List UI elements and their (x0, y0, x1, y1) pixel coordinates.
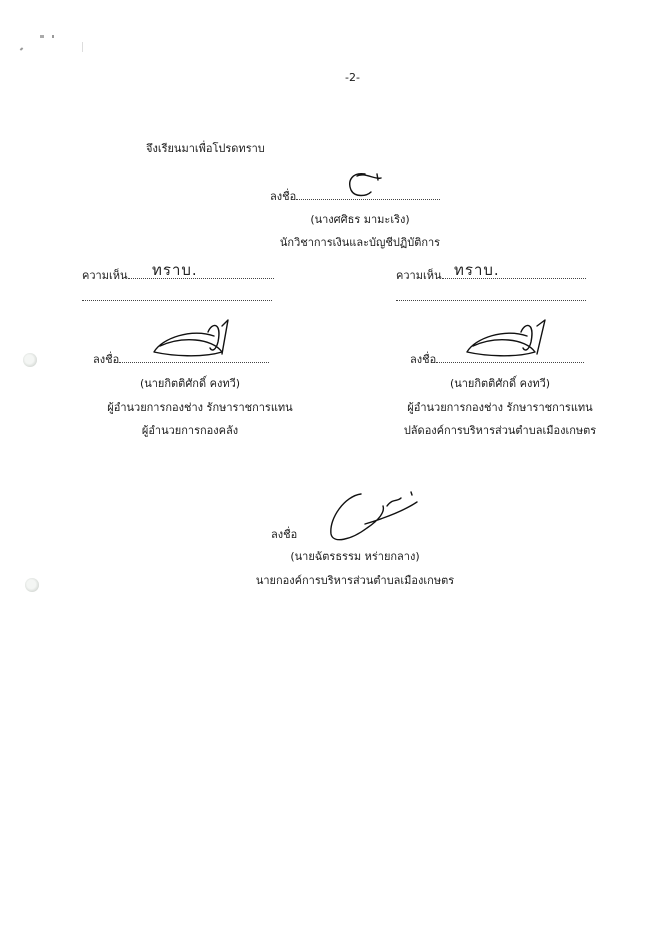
final-signatory-name: (นายฉัตรธรรม หร่ายกลาง) (255, 547, 455, 565)
right-signatory-position-2: ปลัดองค์การบริหารส่วนตำบลเมืองเกษตร (380, 421, 620, 439)
left-signatory-name: (นายกิตติศักดิ์ คงทวี) (100, 374, 280, 392)
closing-text: จึงเรียนมาเพื่อโปรดทราบ (146, 139, 265, 157)
right-opinion-line-2 (396, 290, 586, 304)
right-signature (465, 318, 555, 363)
sign-label: ลงชื่อ (271, 528, 297, 541)
punch-hole-lower (25, 578, 39, 592)
left-signature (152, 318, 242, 363)
final-signature (325, 488, 425, 548)
left-opinion-handwritten: ทราบ. (152, 258, 198, 282)
left-opinion-line-2 (82, 290, 272, 304)
opinion-field (128, 268, 274, 279)
final-signatory-position: นายกองค์การบริหารส่วนตำบลเมืองเกษตร (235, 571, 475, 589)
signature-1 (345, 170, 385, 200)
page-number: -2- (345, 71, 360, 84)
left-signatory-position-2: ผู้อำนวยการกองคลัง (100, 421, 280, 439)
right-signatory-position-1: ผู้อำนวยการกองช่าง รักษาราชการแทน (380, 398, 620, 416)
signatory-1-name: (นางศศิธร มามะเริง) (260, 210, 460, 228)
opinion-field-2 (82, 290, 272, 301)
scan-artifact (82, 42, 83, 52)
sign-label: ลงชื่อ (270, 190, 296, 203)
scan-artifact (20, 47, 24, 50)
opinion-label: ความเห็น (396, 269, 442, 282)
punch-hole-upper (23, 353, 37, 367)
opinion-label: ความเห็น (82, 269, 128, 282)
left-signatory-position-1: ผู้อำนวยการกองช่าง รักษาราชการแทน (80, 398, 320, 416)
final-signature-line: ลงชื่อ (271, 525, 297, 543)
scan-artifact (52, 35, 54, 38)
sign-label: ลงชื่อ (93, 353, 119, 366)
sign-label: ลงชื่อ (410, 353, 436, 366)
opinion-field-2 (396, 290, 586, 301)
scan-artifact (40, 35, 44, 38)
right-signatory-name: (นายกิตติศักดิ์ คงทวี) (410, 374, 590, 392)
right-opinion-handwritten: ทราบ. (454, 258, 500, 282)
signatory-1-position: นักวิชาการเงินและบัญชีปฏิบัติการ (250, 233, 470, 251)
